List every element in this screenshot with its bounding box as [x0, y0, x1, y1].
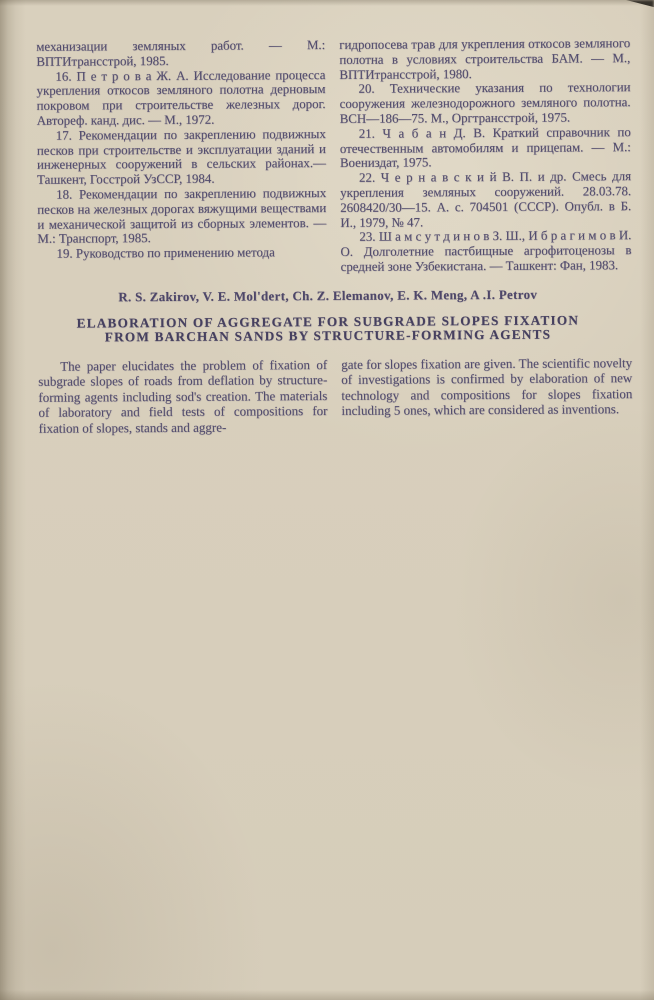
reference-paragraph: 20. Технические указания по технологии с…	[339, 81, 630, 127]
references-left-column: механизации земляных работ. — М.: ВПТИтр…	[36, 38, 326, 277]
abstract-right-column: gate for slopes fixation are given. The …	[341, 355, 632, 434]
reference-paragraph: 23. Ш а м с у т д и н о в З. Ш., И б р а…	[340, 229, 631, 275]
reference-paragraph: 18. Рекомендации по закреплению подвижны…	[37, 186, 326, 247]
abstract-left-column: The paper elucidates the problem of fixa…	[38, 357, 327, 436]
reference-paragraph: 19. Руководство по применению метода	[37, 245, 326, 262]
abstract-section: The paper elucidates the problem of fixa…	[1, 342, 654, 436]
reference-paragraph: гидропосева трав для укрепления откосов …	[339, 36, 630, 82]
article-title: ELABORATION OF AGGREGATE FOR SUBGRADE SL…	[1, 313, 654, 346]
reference-paragraph: 16. П е т р о в а Ж. А. Исследование про…	[36, 68, 325, 129]
references-section: механизации земляных работ. — М.: ВПТИтр…	[0, 0, 654, 277]
scanned-page: механизации земляных работ. — М.: ВПТИтр…	[0, 0, 654, 1000]
reference-paragraph: 17. Рекомендации по закреплению подвижны…	[37, 127, 326, 188]
abstract-paragraph: gate for slopes fixation are given. The …	[341, 355, 632, 419]
reference-paragraph: 21. Ч а б а н Д. В. Краткий справочник п…	[340, 125, 631, 171]
abstract-paragraph: The paper elucidates the problem of fixa…	[38, 357, 327, 436]
authors-line: R. S. Zakirov, V. E. Mol'dert, Ch. Z. El…	[1, 287, 654, 306]
reference-paragraph: 22. Ч е р н а в с к и й В. П. и др. Смес…	[340, 169, 631, 230]
page-content: механизации земляных работ. — М.: ВПТИтр…	[0, 0, 654, 436]
page-edge-shadow-bottom	[0, 990, 654, 1000]
reference-paragraph: механизации земляных работ. — М.: ВПТИтр…	[36, 38, 325, 69]
references-right-column: гидропосева трав для укрепления откосов …	[339, 36, 631, 275]
